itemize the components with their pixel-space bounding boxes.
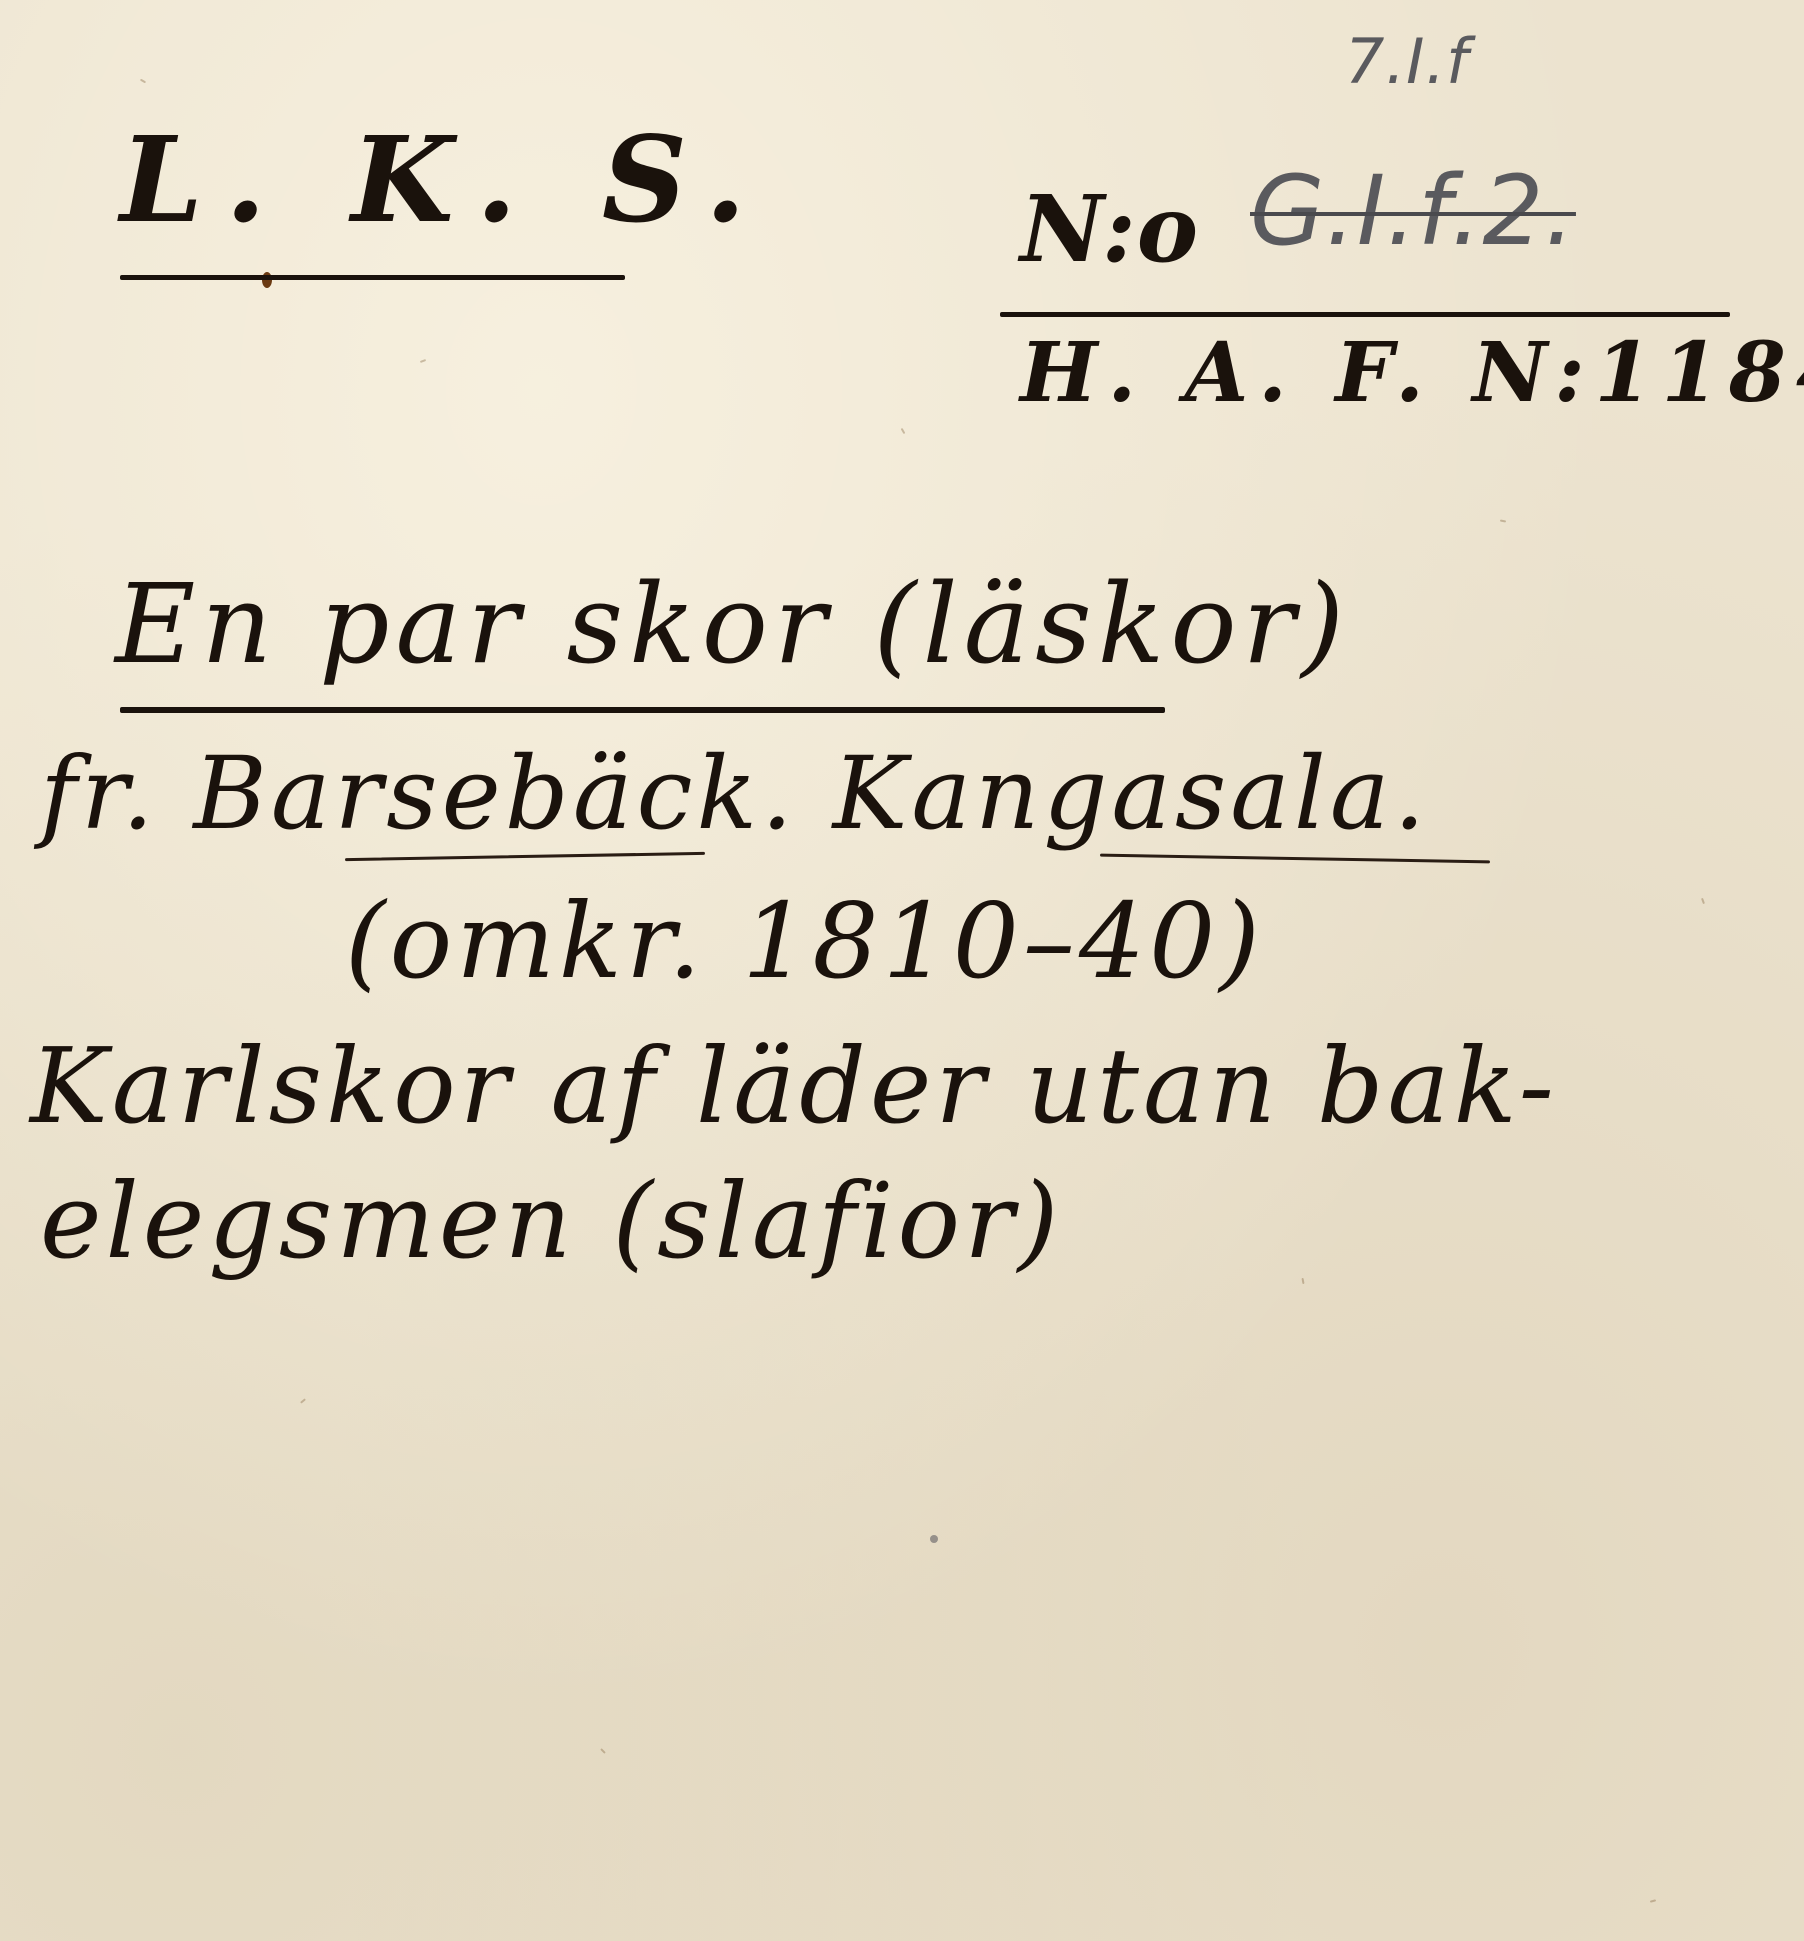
- number-underline: [1000, 312, 1730, 317]
- object-title: En par skor (läskor): [115, 560, 1350, 688]
- origin-underline-2: [1100, 854, 1490, 864]
- haf-number: H. A. F. N:1184.: [1020, 325, 1804, 421]
- paper-fiber: [1650, 1899, 1656, 1902]
- object-date: (omkr. 1810–40): [345, 880, 1264, 1002]
- paper-fiber: [600, 1748, 606, 1754]
- paper-fiber: [1301, 1278, 1304, 1284]
- institution-mark: L. K. S.: [120, 110, 768, 249]
- struck-old-number: G.I.f.2.: [1250, 155, 1576, 267]
- paper-fiber: [420, 359, 426, 363]
- number-label: N:o: [1020, 175, 1199, 283]
- catalog-card: L. K. S. 7.I.f N:o G.I.f.2. H. A. F. N:1…: [0, 0, 1804, 1941]
- origin-underline-1: [345, 852, 705, 861]
- object-origin: fr. Barsebäck. Kangasala.: [40, 735, 1429, 852]
- paper-fiber: [901, 428, 906, 434]
- object-detail-line-2: elegsmen (slafior): [40, 1160, 1062, 1282]
- paper-fiber: [300, 1398, 306, 1403]
- title-underline: [120, 707, 1165, 713]
- paper-fiber: [140, 79, 146, 84]
- paper-fiber: [930, 1535, 938, 1543]
- pencil-note: 7.I.f: [1345, 25, 1469, 98]
- paper-fiber: [1701, 898, 1705, 904]
- institution-underline: [120, 275, 625, 280]
- object-detail-line-1: Karlskor af läder utan bak-: [30, 1025, 1558, 1147]
- paper-fiber: [1500, 519, 1506, 522]
